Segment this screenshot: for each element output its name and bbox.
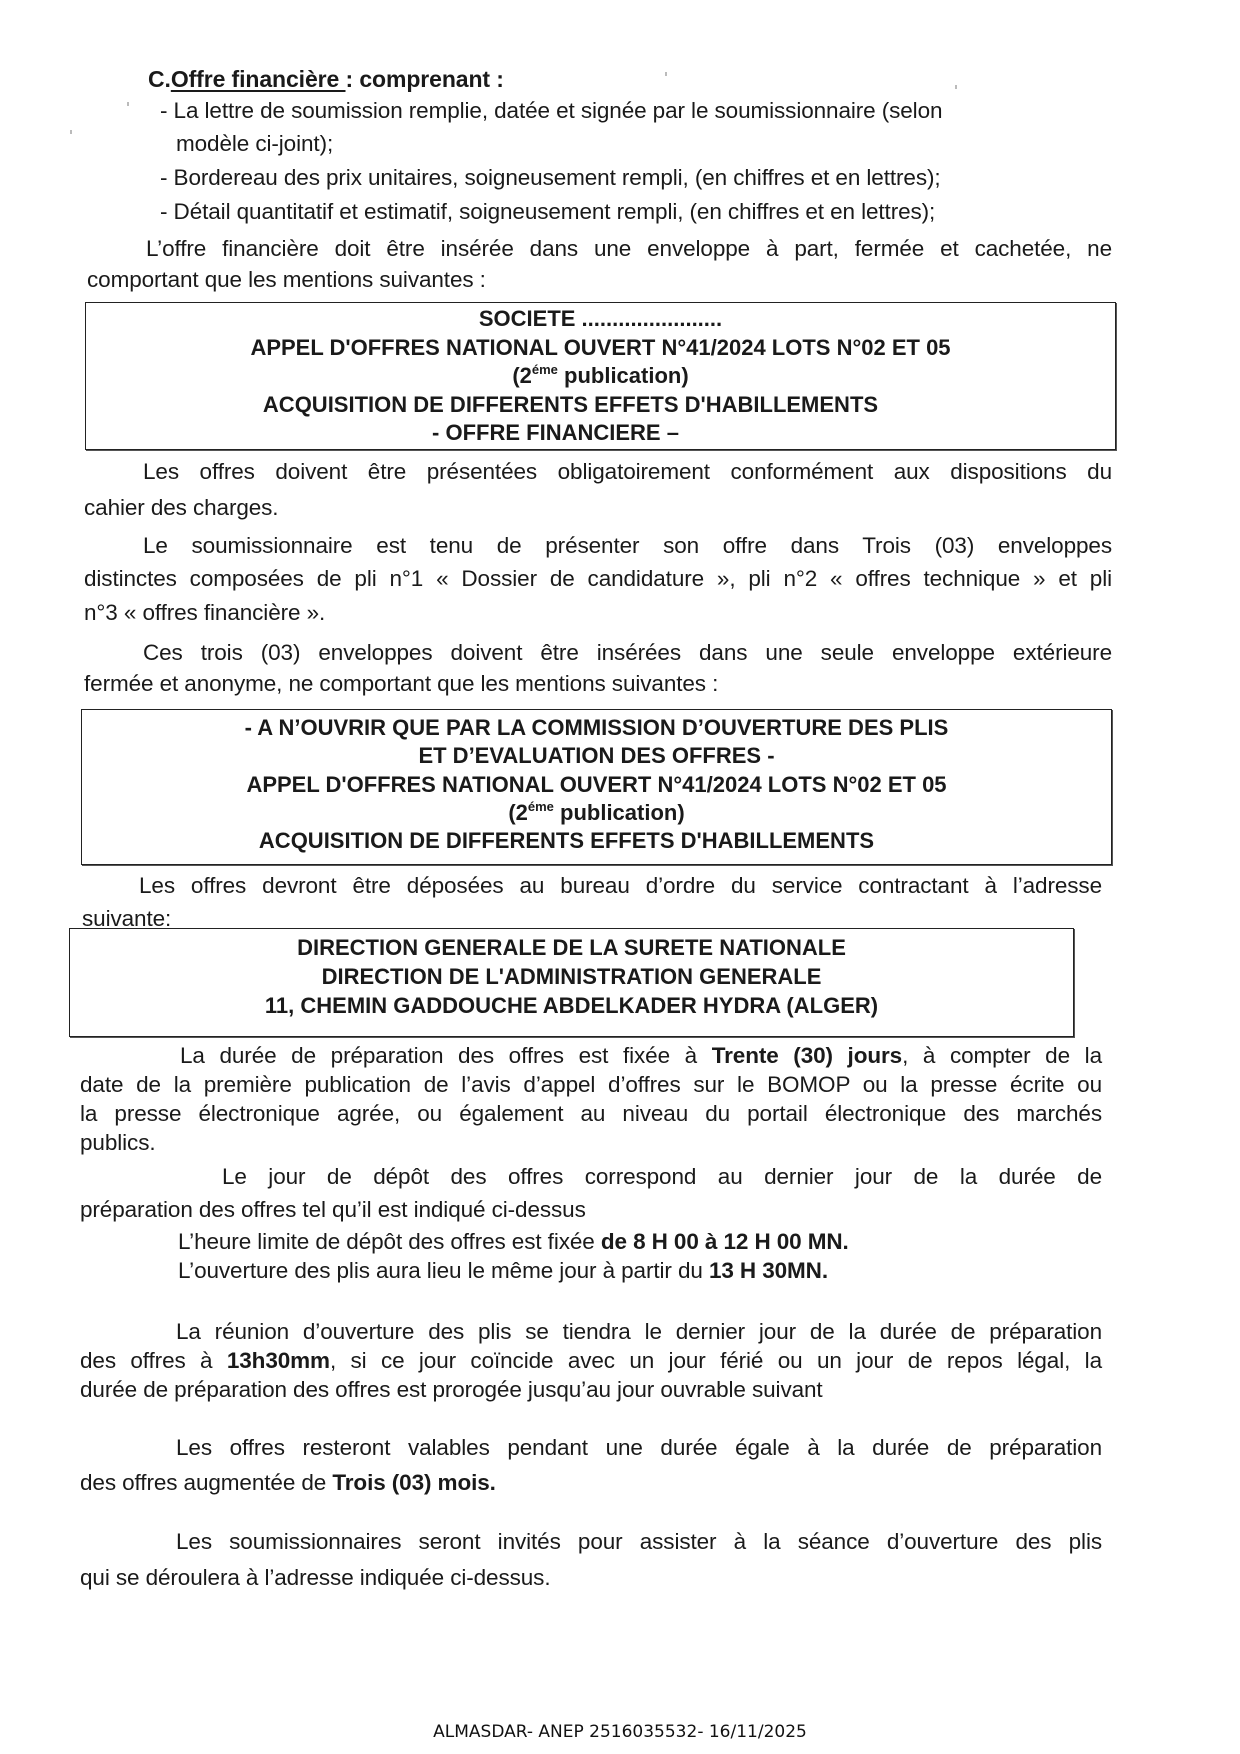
box-line-publication: (2éme publication) [82,799,1111,826]
paragraph-line: Les soumissionnaires seront invités pour… [176,1528,1102,1555]
paragraph-line: la presse électronique agrée, ou égaleme… [80,1100,1102,1127]
scan-speck [955,85,957,89]
validity-period: Trois (03) mois. [332,1470,495,1495]
deadline-text: L’heure limite de dépôt des offres est f… [178,1229,601,1254]
section-suffix: : comprenant : [346,66,504,92]
scan-speck [127,102,129,106]
paragraph-line: préparation des offres tel qu’il est ind… [80,1196,586,1223]
scan-speck [665,72,667,76]
box-line-instruction: - A N’OUVRIR QUE PAR LA COMMISSION D’OUV… [82,714,1111,741]
publication-number: (2 [508,800,528,825]
publication-number: (2 [512,363,532,388]
paragraph-line: La réunion d’ouverture des plis se tiend… [176,1318,1102,1345]
scan-speck [70,130,72,134]
publication-label: publication) [554,800,685,825]
list-item-continuation: modèle ci-joint); [176,130,333,157]
section-heading: C.Offre financière : comprenant : [148,66,504,93]
paragraph-line: n°3 « offres financière ». [84,599,325,626]
box-line-company: SOCIETE ....................... [86,305,1115,332]
duration-text-end: , à compter de la [902,1043,1102,1068]
box-line-subject: ACQUISITION DE DIFFERENTS EFFETS D'HABIL… [26,391,1115,418]
paragraph-line: Ces trois (03) enveloppes doivent être i… [143,639,1112,666]
meeting-text-end: , si ce jour coïncide avec un jour férié… [330,1348,1102,1373]
paragraph-line: distinctes composées de pli n°1 « Dossie… [84,565,1112,592]
footer-reference: ALMASDAR- ANEP 2516035532- 16/11/2025 [0,1722,1240,1742]
deadline-line: L’heure limite de dépôt des offres est f… [178,1228,849,1255]
publication-ordinal: éme [532,362,558,377]
paragraph-line: Les offres devront être déposées au bure… [139,872,1102,899]
paragraph-line: Les offres resteront valables pendant un… [176,1434,1102,1461]
paragraph-line: cahier des charges. [84,494,278,521]
paragraph-line: qui se déroulera à l’adresse indiquée ci… [80,1564,550,1591]
paragraph-line: La durée de préparation des offres est f… [180,1042,1102,1069]
duration-value: Trente (30) jours [712,1043,902,1068]
box-line-publication: (2éme publication) [86,362,1115,389]
paragraph-line: durée de préparation des offres est pror… [80,1376,823,1403]
list-item: - Bordereau des prix unitaires, soigneus… [160,164,941,191]
list-item: - La lettre de soumission remplie, datée… [160,97,942,124]
section-title: Offre financière [171,66,346,92]
address-line-street: 11, CHEMIN GADDOUCHE ABDELKADER HYDRA (A… [70,992,1073,1019]
address-line-directorate: DIRECTION GENERALE DE LA SURETE NATIONAL… [70,934,1073,961]
box-line-tender: APPEL D'OFFRES NATIONAL OUVERT N°41/2024… [86,334,1115,361]
duration-text: La durée de préparation des offres est f… [180,1043,712,1068]
paragraph-line: Le soumissionnaire est tenu de présenter… [143,532,1112,559]
paragraph-line: des offres augmentée de Trois (03) mois. [80,1469,496,1496]
box-line-offer-type: - OFFRE FINANCIERE – [0,419,1115,446]
section-prefix: C. [148,66,171,92]
paragraph-line: Les offres doivent être présentées oblig… [143,458,1112,485]
box-line-instruction-cont: ET D’EVALUATION DES OFFRES - [82,742,1111,769]
financial-envelope-box: SOCIETE ....................... APPEL D'… [85,302,1116,450]
address-box: DIRECTION GENERALE DE LA SURETE NATIONAL… [69,928,1074,1037]
deadline-hours: de 8 H 00 à 12 H 00 MN. [601,1229,849,1254]
paragraph-line: L’offre financière doit être insérée dan… [146,235,1112,262]
paragraph-line: Le jour de dépôt des offres correspond a… [222,1163,1102,1190]
paragraph-line: des offres à 13h30mm, si ce jour coïncid… [80,1347,1102,1374]
box-line-subject: ACQUISITION DE DIFFERENTS EFFETS D'HABIL… [22,827,1111,854]
list-item: - Détail quantitatif et estimatif, soign… [160,198,935,225]
opening-text: L’ouverture des plis aura lieu le même j… [178,1258,709,1283]
opening-time: 13 H 30MN. [709,1258,828,1283]
paragraph-line: date de la première publication de l’avi… [80,1071,1102,1098]
paragraph-line: fermée et anonyme, ne comportant que les… [84,670,718,697]
publication-ordinal: éme [528,799,554,814]
validity-text: des offres augmentée de [80,1470,332,1495]
paragraph-line: publics. [80,1129,156,1156]
meeting-time: 13h30mm [227,1348,330,1373]
meeting-text: des offres à [80,1348,227,1373]
box-line-tender: APPEL D'OFFRES NATIONAL OUVERT N°41/2024… [82,771,1111,798]
opening-line: L’ouverture des plis aura lieu le même j… [178,1257,828,1284]
document-page: C.Offre financière : comprenant : - La l… [0,0,1240,1754]
outer-envelope-box: - A N’OUVRIR QUE PAR LA COMMISSION D’OUV… [81,709,1112,865]
paragraph-line: comportant que les mentions suivantes : [87,266,486,293]
publication-label: publication) [558,363,689,388]
address-line-administration: DIRECTION DE L'ADMINISTRATION GENERALE [70,963,1073,990]
